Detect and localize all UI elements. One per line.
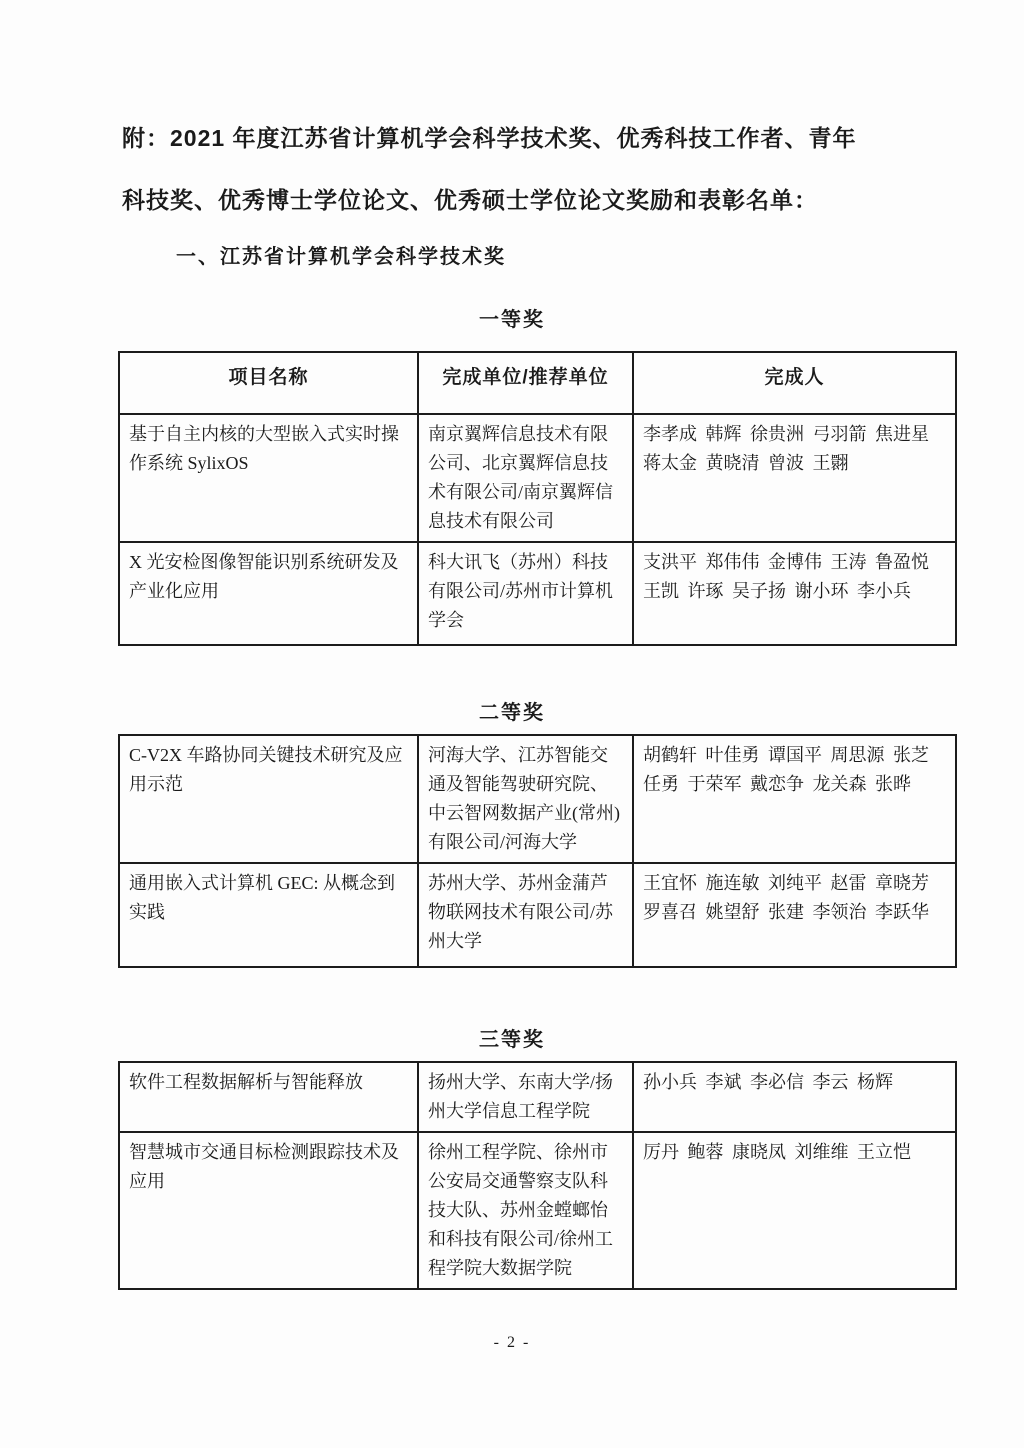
header-project-name: 项目名称 bbox=[119, 352, 418, 414]
cell-people: 孙小兵 李斌 李必信 李云 杨辉 bbox=[633, 1062, 956, 1132]
table-row: C-V2X 车路协同关键技术研究及应用示范 河海大学、江苏智能交通及智能驾驶研究… bbox=[119, 735, 956, 863]
cell-project: 软件工程数据解析与智能释放 bbox=[119, 1062, 418, 1132]
cell-people: 李孝成 韩辉 徐贵洲 弓羽箭 焦进星 蒋太金 黄晓清 曾波 王翾 bbox=[633, 414, 956, 542]
header-completing-unit: 完成单位/推荐单位 bbox=[418, 352, 633, 414]
page-number: - 2 - bbox=[0, 1334, 1024, 1352]
cell-project: 智慧城市交通目标检测跟踪技术及应用 bbox=[119, 1132, 418, 1289]
cell-org: 徐州工程学院、徐州市公安局交通警察支队科技大队、苏州金螳螂怡和科技有限公司/徐州… bbox=[418, 1132, 633, 1289]
cell-people: 支洪平 郑伟伟 金博伟 王涛 鲁盈悦 王凯 许琢 吴子扬 谢小环 李小兵 bbox=[633, 542, 956, 645]
third-prize-table: 软件工程数据解析与智能释放 扬州大学、东南大学/扬州大学信息工程学院 孙小兵 李… bbox=[118, 1061, 957, 1290]
doc-title-line2: 科技奖、优秀博士学位论文、优秀硕士学位论文奖励和表彰名单： bbox=[122, 169, 922, 231]
caption-second-prize: 二等奖 bbox=[0, 696, 1024, 725]
caption-third-prize: 三等奖 bbox=[0, 1023, 1024, 1052]
doc-title: 附：2021 年度江苏省计算机学会科学技术奖、优秀科技工作者、青年 科技奖、优秀… bbox=[122, 107, 922, 231]
cell-project: X 光安检图像智能识别系统研发及产业化应用 bbox=[119, 542, 418, 645]
table-row: 基于自主内核的大型嵌入式实时操作系统 SylixOS 南京翼辉信息技术有限公司、… bbox=[119, 414, 956, 542]
cell-people: 胡鹤轩 叶佳勇 谭国平 周思源 张芝 任勇 于荣军 戴恋争 龙关森 张晔 bbox=[633, 735, 956, 863]
cell-org: 扬州大学、东南大学/扬州大学信息工程学院 bbox=[418, 1062, 633, 1132]
table-row: 通用嵌入式计算机 GEC: 从概念到实践 苏州大学、苏州金蒲芦物联网技术有限公司… bbox=[119, 863, 956, 967]
cell-org: 南京翼辉信息技术有限公司、北京翼辉信息技术有限公司/南京翼辉信息技术有限公司 bbox=[418, 414, 633, 542]
caption-first-prize: 一等奖 bbox=[0, 303, 1024, 332]
doc-title-line1: 附：2021 年度江苏省计算机学会科学技术奖、优秀科技工作者、青年 bbox=[122, 107, 922, 169]
table-row: 软件工程数据解析与智能释放 扬州大学、东南大学/扬州大学信息工程学院 孙小兵 李… bbox=[119, 1062, 956, 1132]
cell-project: 基于自主内核的大型嵌入式实时操作系统 SylixOS bbox=[119, 414, 418, 542]
table-row: X 光安检图像智能识别系统研发及产业化应用 科大讯飞（苏州）科技有限公司/苏州市… bbox=[119, 542, 956, 645]
cell-org: 河海大学、江苏智能交通及智能驾驶研究院、中云智网数据产业(常州)有限公司/河海大… bbox=[418, 735, 633, 863]
document-page: 附：2021 年度江苏省计算机学会科学技术奖、优秀科技工作者、青年 科技奖、优秀… bbox=[0, 0, 1024, 1448]
first-prize-table: 项目名称 完成单位/推荐单位 完成人 基于自主内核的大型嵌入式实时操作系统 Sy… bbox=[118, 351, 957, 646]
cell-org: 苏州大学、苏州金蒲芦物联网技术有限公司/苏州大学 bbox=[418, 863, 633, 967]
second-prize-table: C-V2X 车路协同关键技术研究及应用示范 河海大学、江苏智能交通及智能驾驶研究… bbox=[118, 734, 957, 968]
cell-people: 厉丹 鲍蓉 康晓凤 刘维维 王立恺 bbox=[633, 1132, 956, 1289]
table-row: 智慧城市交通目标检测跟踪技术及应用 徐州工程学院、徐州市公安局交通警察支队科技大… bbox=[119, 1132, 956, 1289]
section-heading: 一、江苏省计算机学会科学技术奖 bbox=[176, 240, 506, 269]
header-completing-people: 完成人 bbox=[633, 352, 956, 414]
cell-org: 科大讯飞（苏州）科技有限公司/苏州市计算机学会 bbox=[418, 542, 633, 645]
cell-project: C-V2X 车路协同关键技术研究及应用示范 bbox=[119, 735, 418, 863]
cell-project: 通用嵌入式计算机 GEC: 从概念到实践 bbox=[119, 863, 418, 967]
cell-people: 王宜怀 施连敏 刘纯平 赵雷 章晓芳 罗喜召 姚望舒 张建 李领治 李跃华 bbox=[633, 863, 956, 967]
table-header-row: 项目名称 完成单位/推荐单位 完成人 bbox=[119, 352, 956, 414]
